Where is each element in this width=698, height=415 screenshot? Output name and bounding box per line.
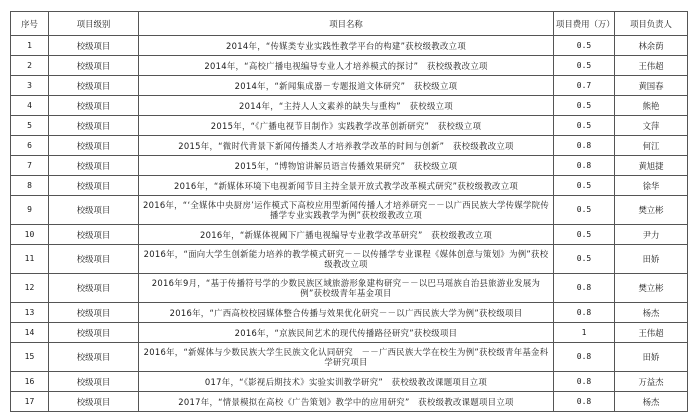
project-name: 2016年，“新媒体环境下电视新闻节目主持全景开放式教学改革模式研究”获校级教改… — [139, 176, 554, 196]
header-no: 序号 — [11, 12, 49, 36]
table-row: 12校级项目2016年9月，“基于传播符号学的少数民族区域旅游形象建构研究－－以… — [11, 274, 688, 303]
project-name: 2016年，“京族民间艺术的现代传播路径研究”获校级项目 — [139, 323, 554, 343]
header-name: 项目名称 — [139, 12, 554, 36]
project-name: 2015年，“博物馆讲解员语言传播效果研究” 获校级立项 — [139, 156, 554, 176]
project-fee: 0.8 — [554, 303, 615, 323]
row-number: 9 — [11, 196, 49, 225]
table-row: 5校级项目2015年，“《广播电视节目制作》实践教学改革创新研究” 获校级立项0… — [11, 116, 688, 136]
project-level: 校级项目 — [49, 176, 139, 196]
project-level: 校级项目 — [49, 76, 139, 96]
row-number: 8 — [11, 176, 49, 196]
project-owner: 文萍 — [615, 116, 688, 136]
project-owner: 王伟超 — [615, 323, 688, 343]
header-level: 项目级别 — [49, 12, 139, 36]
project-name: 2016年，“广西高校校园媒体整合传播与效果优化研究－－以广西民族大学为例”获校… — [139, 303, 554, 323]
project-owner: 王伟超 — [615, 56, 688, 76]
row-number: 17 — [11, 392, 49, 412]
project-owner: 熊艳 — [615, 96, 688, 116]
project-level: 校级项目 — [49, 136, 139, 156]
project-level: 校级项目 — [49, 196, 139, 225]
row-number: 4 — [11, 96, 49, 116]
row-number: 7 — [11, 156, 49, 176]
project-fee: 0.7 — [554, 76, 615, 96]
project-name: 017年，“《影视后期技术》实验实训教学研究” 获校级教改课题项目立项 — [139, 372, 554, 392]
project-fee: 0.8 — [554, 392, 615, 412]
row-number: 11 — [11, 245, 49, 274]
project-fee: 0.8 — [554, 136, 615, 156]
project-name: 2014年，“新闻集成器－专题报道文体研究” 获校级立项 — [139, 76, 554, 96]
project-name: 2016年，“面向大学生创新能力培养的教学模式研究－－以传播学专业课程《媒体创意… — [139, 245, 554, 274]
project-level: 校级项目 — [49, 245, 139, 274]
project-owner: 林余荫 — [615, 36, 688, 56]
project-level: 校级项目 — [49, 343, 139, 372]
project-owner: 黄国春 — [615, 76, 688, 96]
row-number: 6 — [11, 136, 49, 156]
table-body: 1校级项目2014年，“传媒类专业实践性教学平台的构建”获校级教改立项0.5林余… — [11, 36, 688, 412]
table-row: 16校级项目017年，“《影视后期技术》实验实训教学研究” 获校级教改课题项目立… — [11, 372, 688, 392]
project-name: 2014年，“主持人人文素养的缺失与重构” 获校级立项 — [139, 96, 554, 116]
table-row: 1校级项目2014年，“传媒类专业实践性教学平台的构建”获校级教改立项0.5林余… — [11, 36, 688, 56]
project-fee: 0.8 — [554, 343, 615, 372]
projects-table: 序号 项目级别 项目名称 项目费用（万） 项目负责人 1校级项目2014年，“传… — [10, 11, 688, 412]
table-row: 13校级项目2016年，“广西高校校园媒体整合传播与效果优化研究－－以广西民族大… — [11, 303, 688, 323]
project-fee: 0.8 — [554, 372, 615, 392]
table-row: 17校级项目2017年，“情景模拟在高校《广告策划》教学中的应用研究” 获校级教… — [11, 392, 688, 412]
project-level: 校级项目 — [49, 225, 139, 245]
project-owner: 樊立彬 — [615, 274, 688, 303]
row-number: 1 — [11, 36, 49, 56]
project-fee: 0.5 — [554, 245, 615, 274]
table-row: 15校级项目2016年，“新媒体与少数民族大学生民族文化认同研究 －－广西民族大… — [11, 343, 688, 372]
project-owner: 田娇 — [615, 245, 688, 274]
row-number: 2 — [11, 56, 49, 76]
project-owner: 樊立彬 — [615, 196, 688, 225]
row-number: 16 — [11, 372, 49, 392]
table-row: 2校级项目2014年，“高校广播电视编导专业人才培养模式的探讨” 获校级教改立项… — [11, 56, 688, 76]
project-fee: 0.5 — [554, 196, 615, 225]
row-number: 10 — [11, 225, 49, 245]
project-level: 校级项目 — [49, 156, 139, 176]
project-level: 校级项目 — [49, 36, 139, 56]
project-level: 校级项目 — [49, 323, 139, 343]
project-fee: 0.5 — [554, 176, 615, 196]
project-owner: 徐华 — [615, 176, 688, 196]
row-number: 3 — [11, 76, 49, 96]
project-fee: 0.5 — [554, 56, 615, 76]
project-owner: 尹力 — [615, 225, 688, 245]
project-owner: 杨杰 — [615, 303, 688, 323]
project-name: 2014年，“高校广播电视编导专业人才培养模式的探讨” 获校级教改立项 — [139, 56, 554, 76]
project-owner: 黄旭捷 — [615, 156, 688, 176]
project-name: 2016年，“‘全媒体中央厨房’运作模式下高校应用型新闻传播人才培养研究－－以广… — [139, 196, 554, 225]
row-number: 14 — [11, 323, 49, 343]
project-level: 校级项目 — [49, 372, 139, 392]
project-owner: 万益杰 — [615, 372, 688, 392]
table-row: 14校级项目2016年，“京族民间艺术的现代传播路径研究”获校级项目1王伟超 — [11, 323, 688, 343]
project-name: 2014年，“传媒类专业实践性教学平台的构建”获校级教改立项 — [139, 36, 554, 56]
project-name: 2016年9月，“基于传播符号学的少数民族区域旅游形象建构研究－－以巴马瑶族自治… — [139, 274, 554, 303]
project-level: 校级项目 — [49, 96, 139, 116]
project-fee: 0.8 — [554, 274, 615, 303]
table-header-row: 序号 项目级别 项目名称 项目费用（万） 项目负责人 — [11, 12, 688, 36]
row-number: 5 — [11, 116, 49, 136]
project-name: 2016年，“新媒体与少数民族大学生民族文化认同研究 －－广西民族大学在校生为例… — [139, 343, 554, 372]
project-owner: 田娇 — [615, 343, 688, 372]
project-owner: 何江 — [615, 136, 688, 156]
table-row: 3校级项目2014年，“新闻集成器－专题报道文体研究” 获校级立项0.7黄国春 — [11, 76, 688, 96]
project-fee: 0.5 — [554, 116, 615, 136]
project-owner: 杨杰 — [615, 392, 688, 412]
table-row: 10校级项目2016年，“新媒体视阈下广播电视编导专业教学改革研究” 获校级教改… — [11, 225, 688, 245]
project-level: 校级项目 — [49, 116, 139, 136]
row-number: 13 — [11, 303, 49, 323]
row-number: 15 — [11, 343, 49, 372]
project-fee: 0.5 — [554, 96, 615, 116]
header-owner: 项目负责人 — [615, 12, 688, 36]
table-row: 6校级项目2015年，“微时代背景下新闻传播类人才培养教学改革的时间与创新” 获… — [11, 136, 688, 156]
project-fee: 0.5 — [554, 36, 615, 56]
project-name: 2016年，“新媒体视阈下广播电视编导专业教学改革研究” 获校级教改立项 — [139, 225, 554, 245]
project-name: 2015年，“微时代背景下新闻传播类人才培养教学改革的时间与创新” 获校级教改立… — [139, 136, 554, 156]
project-fee: 0.5 — [554, 225, 615, 245]
project-name: 2015年，“《广播电视节目制作》实践教学改革创新研究” 获校级立项 — [139, 116, 554, 136]
table-row: 4校级项目2014年，“主持人人文素养的缺失与重构” 获校级立项0.5熊艳 — [11, 96, 688, 116]
table-row: 7校级项目2015年，“博物馆讲解员语言传播效果研究” 获校级立项0.8黄旭捷 — [11, 156, 688, 176]
project-fee: 1 — [554, 323, 615, 343]
project-level: 校级项目 — [49, 56, 139, 76]
project-level: 校级项目 — [49, 303, 139, 323]
project-level: 校级项目 — [49, 392, 139, 412]
table-row: 11校级项目2016年，“面向大学生创新能力培养的教学模式研究－－以传播学专业课… — [11, 245, 688, 274]
table-row: 9校级项目2016年，“‘全媒体中央厨房’运作模式下高校应用型新闻传播人才培养研… — [11, 196, 688, 225]
project-fee: 0.8 — [554, 156, 615, 176]
table-row: 8校级项目2016年，“新媒体环境下电视新闻节目主持全景开放式教学改革模式研究”… — [11, 176, 688, 196]
header-fee: 项目费用（万） — [554, 12, 615, 36]
project-name: 2017年，“情景模拟在高校《广告策划》教学中的应用研究” 获校级教改课题项目立… — [139, 392, 554, 412]
row-number: 12 — [11, 274, 49, 303]
project-level: 校级项目 — [49, 274, 139, 303]
